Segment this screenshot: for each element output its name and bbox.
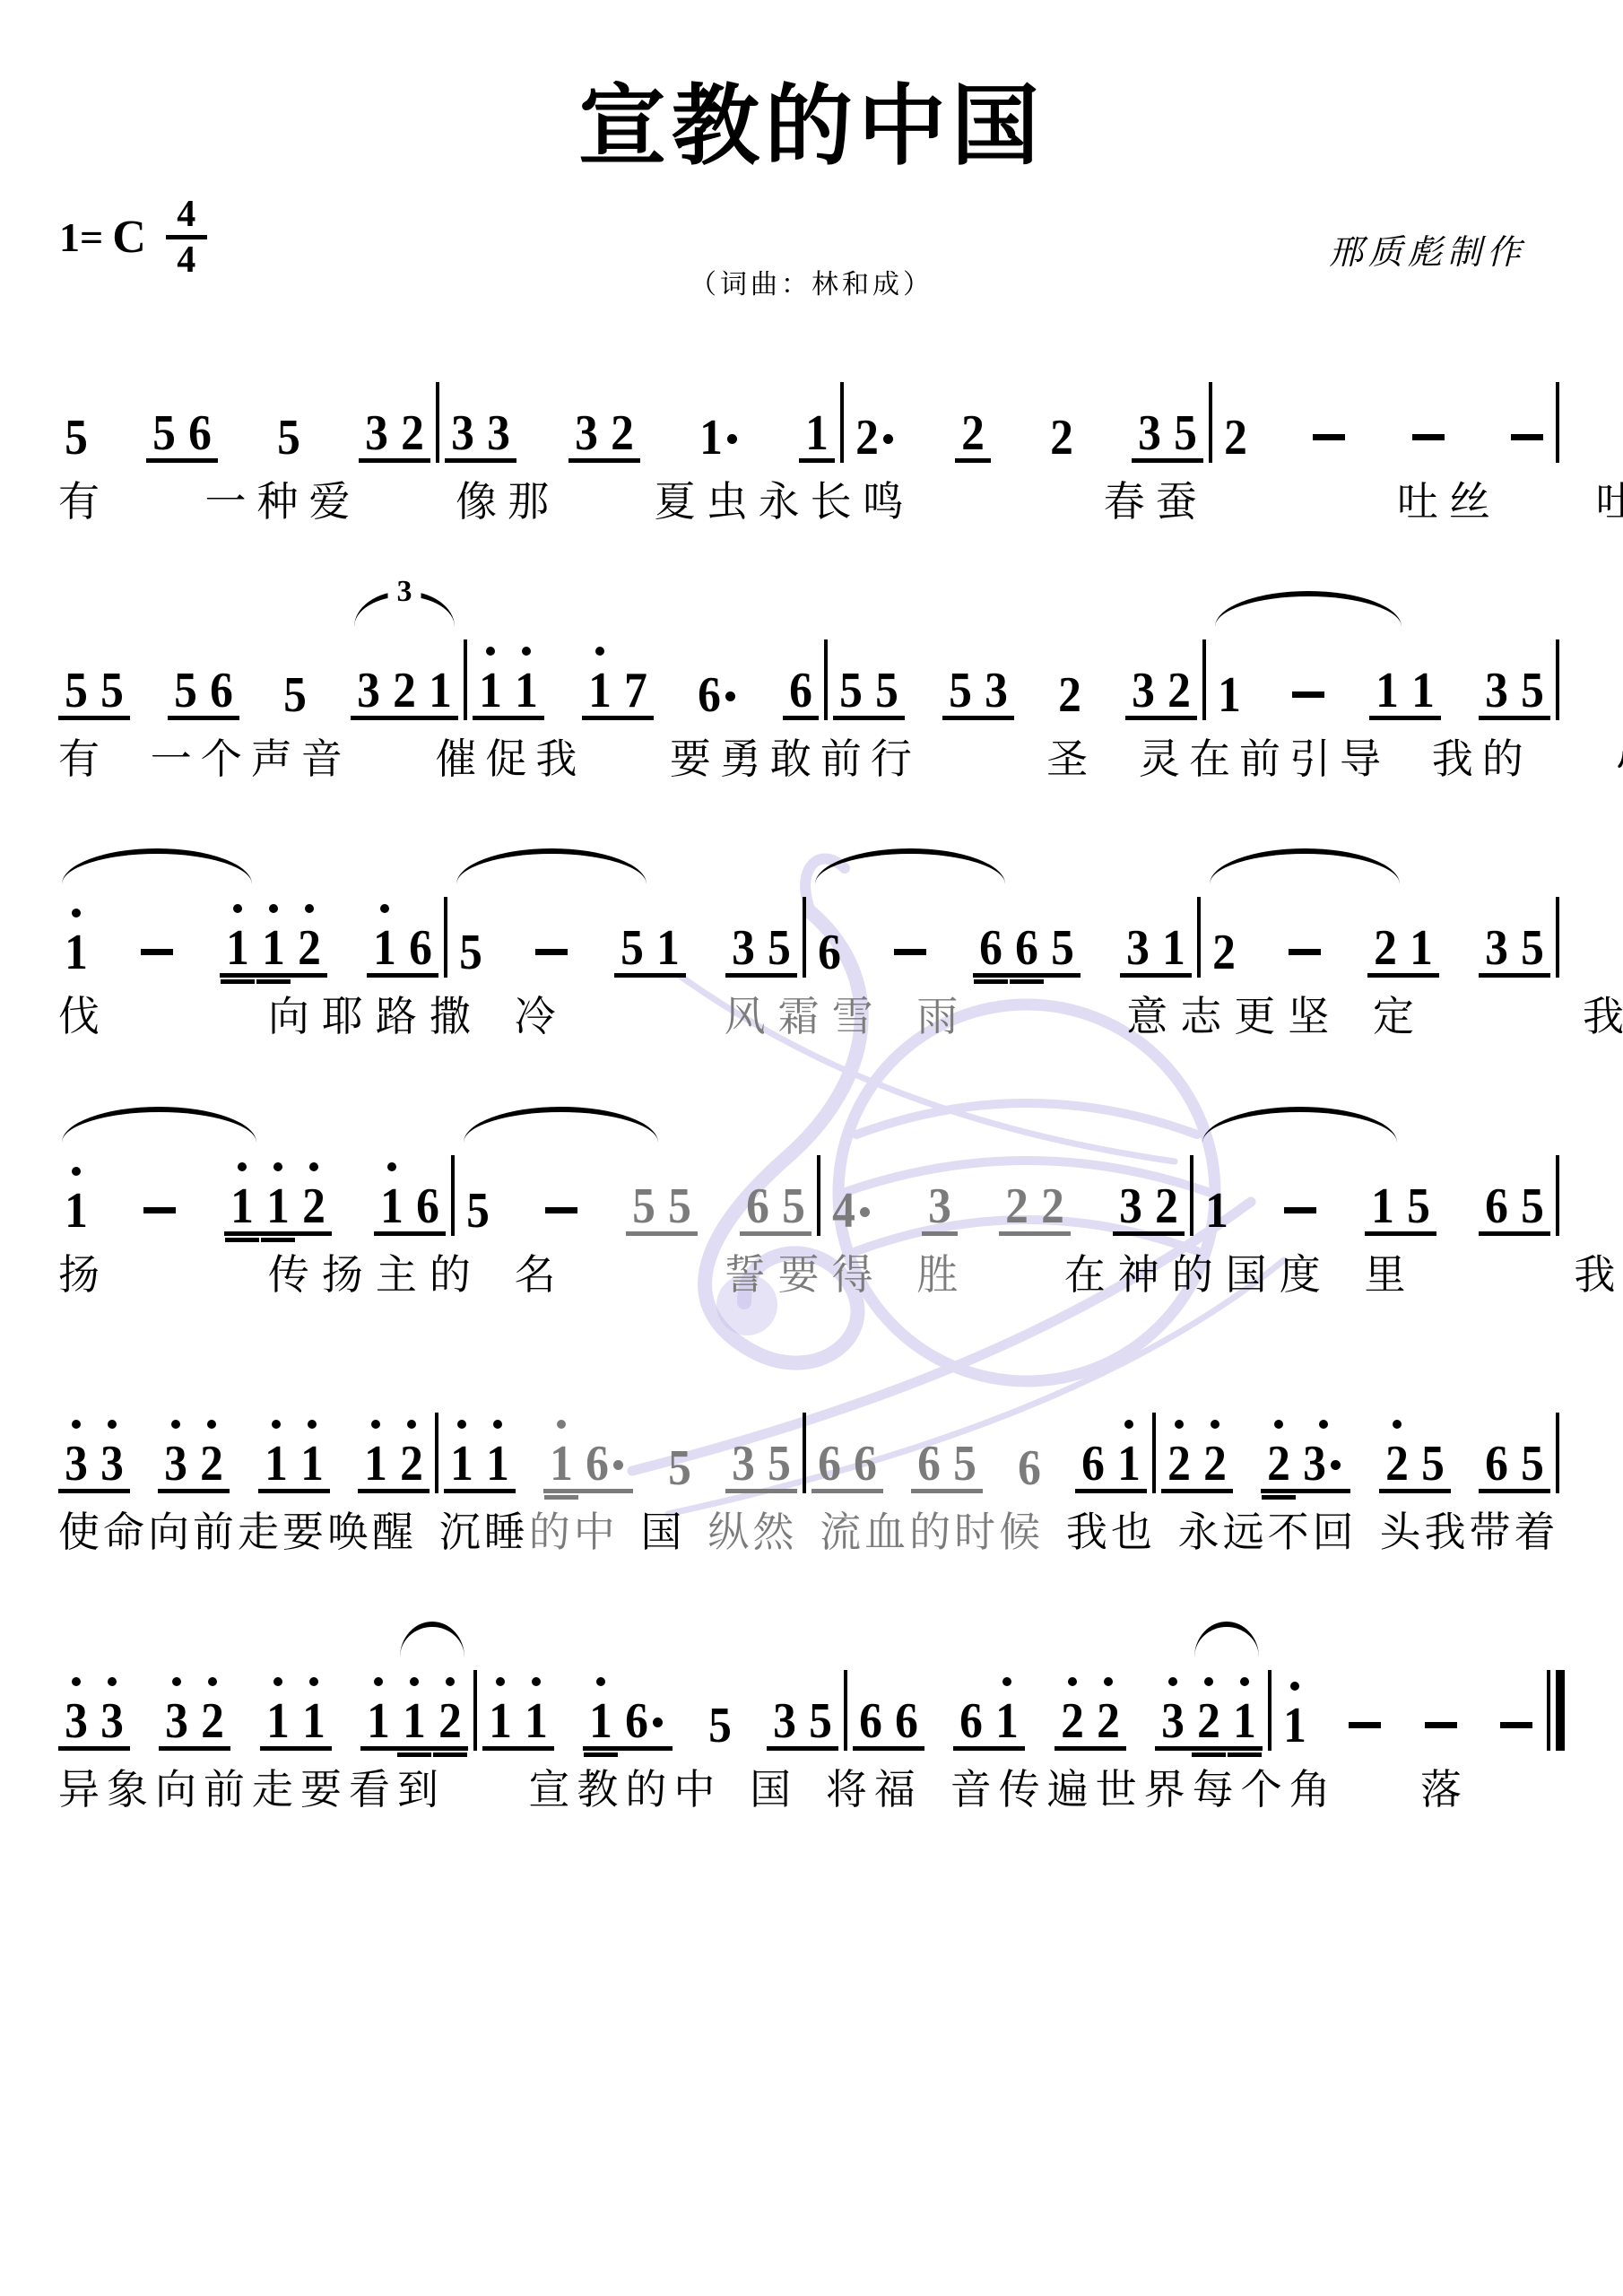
note: 5: [94, 664, 130, 720]
octave-dot: [595, 647, 604, 656]
note: 5: [1401, 1179, 1436, 1236]
barline: [1152, 1413, 1156, 1493]
lyric-segment: 伐 向耶路撒 冷: [58, 993, 725, 1039]
note-digit: 3: [1485, 665, 1508, 716]
note-digit: 5: [768, 1439, 791, 1489]
music-line: 33321111211165356661223211异象向前走要看到 宣教的中 …: [58, 1622, 1565, 1814]
note: 5: [453, 926, 489, 978]
octave-dot: [596, 1677, 605, 1686]
note-digit: 5: [1521, 1181, 1544, 1231]
note-digit: 1: [805, 408, 829, 458]
duration-dash: [535, 949, 568, 955]
note-digit: 5: [152, 408, 176, 458]
note-digit: 1: [588, 665, 612, 716]
note: 1: [367, 921, 403, 978]
note-digit: 1: [262, 923, 285, 973]
note: 3: [767, 1694, 803, 1751]
note-digit: 1: [515, 665, 538, 716]
octave-dot: [1068, 1677, 1077, 1686]
octave-dot: [1240, 1677, 1249, 1686]
note: 6: [1011, 1441, 1047, 1493]
tie-arc: [400, 1622, 464, 1657]
note-digit: 1: [65, 1186, 88, 1236]
duration-dash: [1349, 1722, 1381, 1728]
octave-dot: [371, 1420, 380, 1429]
note: 1: [1156, 921, 1192, 978]
note: 2: [395, 406, 430, 463]
key-tonic: C: [112, 211, 146, 264]
note: 2: [1055, 1694, 1090, 1751]
note-digit: 1: [429, 665, 452, 716]
note: 1: [1365, 1179, 1401, 1236]
note: 3: [94, 1437, 130, 1493]
note-digit: 1: [300, 1439, 324, 1489]
lyric-segment: 纵然 流血的时候: [707, 1509, 1044, 1555]
octave-dot: [72, 1167, 81, 1176]
note: 5: [1515, 664, 1550, 720]
music-line: 555653211117665553232111353有 一个声音 催促我 要勇…: [58, 591, 1565, 784]
note: 1: [396, 1694, 432, 1751]
note: 5: [271, 411, 307, 463]
note: 6: [1009, 921, 1045, 978]
note-digit: 1: [226, 923, 249, 973]
note-digit: 1: [1117, 1439, 1141, 1489]
second-beam: [261, 1238, 295, 1242]
note: 5: [168, 664, 204, 720]
note: 5: [833, 664, 869, 720]
barline: [435, 1413, 438, 1493]
note-digit: 3: [985, 665, 1008, 716]
triplet-number: 3: [388, 577, 421, 607]
note-digit: 6: [959, 1696, 983, 1746]
note-digit: 1: [1410, 923, 1433, 973]
barline: [1197, 897, 1201, 978]
barline: [451, 1155, 455, 1236]
note: 2: [1052, 668, 1088, 720]
note-digit: 5: [668, 1181, 691, 1231]
note-digit: 5: [782, 1181, 805, 1231]
note-digit: 6: [210, 665, 233, 716]
note-digit: 2: [961, 408, 985, 458]
second-beam: [221, 979, 255, 984]
note-digit: 6: [917, 1439, 941, 1489]
note: 5: [1515, 1179, 1550, 1236]
octave-dot: [557, 1420, 566, 1429]
tie-arc: [1202, 1107, 1397, 1143]
note-digit: 1: [550, 1439, 573, 1489]
key-label: 1=: [59, 213, 103, 261]
notes-row: 556532333211222352: [58, 334, 1565, 463]
note-digit: 2: [1224, 413, 1247, 463]
sheet-music-page: 宣教的中国 1= C 4 4 （词曲：林和成） 邢质彪制作 5565323332…: [0, 0, 1623, 2296]
note: 6: [619, 1694, 673, 1751]
note-digit: 3: [357, 665, 380, 716]
note-digit: 6: [818, 1439, 841, 1489]
note: 1: [582, 664, 618, 720]
duration-dash: [1284, 1207, 1316, 1213]
note: 1: [256, 921, 291, 978]
barline: [1556, 1413, 1559, 1493]
note: 6: [783, 664, 819, 720]
note: 6: [691, 668, 745, 720]
note-digit: 5: [809, 1696, 832, 1746]
barline: [803, 897, 806, 978]
octave-dot: [407, 1420, 416, 1429]
octave-dot: [1274, 1420, 1283, 1429]
note: 1: [989, 1694, 1025, 1751]
note: 1: [508, 664, 544, 720]
note-digit: 2: [298, 923, 321, 973]
octave-dot: [1002, 1677, 1011, 1686]
note: 5: [58, 411, 94, 463]
note: 2: [194, 1437, 230, 1493]
note: 6: [811, 1437, 847, 1493]
octave-dot: [207, 1420, 216, 1429]
tie-arc: [62, 1107, 256, 1143]
octave-dot: [172, 1677, 181, 1686]
second-beam: [433, 1752, 467, 1757]
augmentation-dot: [724, 413, 742, 463]
note: 6: [1075, 1437, 1111, 1493]
note: 5: [776, 1179, 811, 1236]
note: 1: [799, 406, 835, 463]
lyric-segment: 风霜雪 雨: [725, 993, 971, 1039]
note: 1: [258, 1437, 294, 1493]
note-digit: 3: [487, 408, 510, 458]
music-line: 333211121116535666566122232565使命向前走要唤醒 沉…: [58, 1364, 1565, 1557]
note-digit: 3: [575, 408, 598, 458]
tie-arc: [1215, 591, 1402, 627]
note: 5: [702, 1699, 738, 1751]
note: 5: [947, 1437, 983, 1493]
lyric-segment: 我也 永远不回 头我带着: [1044, 1509, 1558, 1555]
note-digit: 1: [1162, 923, 1185, 973]
note: 2: [1218, 411, 1254, 463]
note-digit: 2: [1155, 1181, 1178, 1231]
octave-dot: [1211, 1420, 1219, 1429]
octave-dot: [1319, 1420, 1328, 1429]
note: 4: [826, 1184, 880, 1236]
note-digit: 1: [403, 1696, 426, 1746]
second-beam: [1192, 1752, 1226, 1757]
note: 1: [260, 1694, 296, 1751]
note-digit: 3: [164, 1439, 187, 1489]
second-beam: [1228, 1752, 1262, 1757]
note: 2: [1197, 1437, 1233, 1493]
duration-dash: [1425, 1722, 1457, 1728]
note: 2: [999, 1179, 1035, 1236]
note-digit: 3: [100, 1696, 124, 1746]
note-digit: 5: [1521, 1439, 1544, 1489]
note: 6: [182, 406, 218, 463]
barline: [840, 382, 844, 463]
augmentation-dot: [880, 413, 898, 463]
note: 6: [853, 1694, 889, 1751]
octave-dot: [1290, 1682, 1299, 1691]
note-digit: 5: [621, 923, 644, 973]
lyric-segment: 异象向前走要看到 宣教的中 国 将福 音传遍世界每个角 落: [58, 1766, 1469, 1813]
lyric-segment: 使命向前走要唤醒 沉睡: [58, 1509, 529, 1555]
tie-arc: [1194, 1622, 1259, 1657]
note: 1: [58, 926, 94, 978]
octave-dot: [305, 904, 314, 913]
lyric-segment: 誓要得 胜: [725, 1251, 971, 1298]
note: 3: [1120, 921, 1156, 978]
note-digit: 6: [188, 408, 212, 458]
duration-dash: [1313, 434, 1345, 440]
lyric-segment: 意志更坚 定 我要传: [970, 993, 1623, 1039]
note: 1: [224, 1179, 260, 1236]
note: 2: [432, 1694, 468, 1751]
augmentation-dot: [610, 1439, 628, 1489]
note-digit: 5: [459, 927, 482, 978]
note-digit: 5: [949, 665, 972, 716]
barline: [817, 1155, 820, 1236]
note: 2: [1035, 1179, 1071, 1236]
octave-dot: [272, 1420, 281, 1429]
octave-dot: [238, 1162, 247, 1171]
augmentation-dot: [1327, 1439, 1345, 1489]
note: 5: [277, 668, 313, 720]
note: 5: [869, 664, 905, 720]
note: 3: [1479, 921, 1515, 978]
note-digit: 1: [266, 1696, 290, 1746]
note: 2: [1379, 1437, 1415, 1493]
notes-row: 333211121116535666566122232565: [58, 1364, 1565, 1493]
note: 6: [204, 664, 239, 720]
note-digit: 2: [400, 1439, 423, 1489]
note: 1: [583, 1694, 619, 1751]
note-digit: 5: [1408, 1181, 1431, 1231]
note-digit: 1: [1205, 1186, 1228, 1236]
notes-row: 33321111211165356661223211: [58, 1622, 1565, 1751]
note-digit: 5: [100, 665, 124, 716]
note: 3: [359, 406, 395, 463]
note: 3: [978, 664, 1014, 720]
note: 1: [1111, 1437, 1147, 1493]
octave-dot: [108, 1420, 117, 1429]
octave-dot: [1393, 1420, 1402, 1429]
note-digit: 1: [265, 1439, 288, 1489]
duration-dash: [1292, 691, 1324, 698]
note: 5: [146, 406, 182, 463]
note-digit: 1: [486, 1439, 509, 1489]
page-title: 宣教的中国: [0, 56, 1623, 182]
note: 3: [568, 406, 604, 463]
octave-dot: [1175, 1420, 1184, 1429]
note: 2: [195, 1694, 230, 1751]
tie-arc: [62, 848, 252, 884]
note: 2: [1161, 1437, 1197, 1493]
octave-dot: [309, 1162, 318, 1171]
note-digit: 2: [1050, 413, 1073, 463]
note: 6: [403, 921, 438, 978]
note: 2: [386, 664, 422, 720]
octave-dot: [171, 1420, 180, 1429]
notes-row: 1112165556543223211565: [58, 1107, 1565, 1236]
note: 1: [1405, 664, 1441, 720]
note: 2: [1149, 1179, 1185, 1236]
note-digit: 1: [1218, 670, 1241, 720]
tie-arc: [815, 848, 1005, 884]
octave-dot: [387, 1162, 396, 1171]
note-digit: 5: [708, 1700, 732, 1751]
octave-dot: [486, 647, 495, 656]
note: 3: [1132, 406, 1167, 463]
note-digit: 2: [1097, 1696, 1120, 1746]
second-beam: [1262, 1495, 1296, 1500]
tie-arc: [464, 1107, 658, 1143]
note-digit: 2: [302, 1181, 325, 1231]
lyrics-row: 异象向前走要看到 宣教的中 国 将福 音传遍世界每个角 落: [58, 1765, 1565, 1814]
note-digit: 1: [1376, 665, 1399, 716]
note-digit: 3: [65, 1696, 88, 1746]
note-digit: 6: [1015, 923, 1038, 973]
note: 1: [1277, 1699, 1313, 1751]
note-digit: 5: [668, 1443, 691, 1493]
music-line: 1112165556543223211565扬 传扬主的 名 誓要得 胜 在神的…: [58, 1107, 1565, 1300]
note-digit: 3: [1485, 923, 1508, 973]
lyric-segment: 的中: [529, 1509, 619, 1555]
second-beam: [225, 1238, 259, 1242]
note: 5: [942, 664, 978, 720]
note: 6: [1479, 1179, 1515, 1236]
octave-dot: [233, 904, 242, 913]
note-digit: 3: [1126, 923, 1150, 973]
music-line: 556532333211222352有 一种爱 像那 夏虫永长鸣 春蚕 吐丝 吐…: [58, 334, 1565, 526]
note-digit: 1: [380, 1181, 404, 1231]
note-digit: 1: [1411, 665, 1435, 716]
octave-dot: [1104, 1677, 1113, 1686]
note: 5: [614, 921, 650, 978]
note: 1: [294, 1437, 330, 1493]
notes-row: 1112165513566653122135: [58, 848, 1565, 978]
note-digit: 1: [1372, 1181, 1395, 1231]
note-digit: 6: [1485, 1181, 1508, 1231]
note-digit: 5: [65, 413, 88, 463]
note: 5: [803, 1694, 838, 1751]
note: 1: [1199, 1184, 1235, 1236]
octave-dot: [1168, 1677, 1177, 1686]
note: 6: [579, 1437, 633, 1493]
note: 1: [360, 1694, 396, 1751]
note: 2: [1367, 921, 1403, 978]
note: 2: [849, 411, 903, 463]
octave-dot: [380, 904, 389, 913]
note-digit: 6: [789, 665, 812, 716]
note-digit: 6: [1485, 1439, 1508, 1489]
lyrics-row: 有 一种爱 像那 夏虫永长鸣 春蚕 吐丝 吐不 尽: [58, 477, 1565, 526]
note: 3: [159, 1694, 195, 1751]
note-digit: 5: [768, 923, 791, 973]
note-digit: 3: [1138, 408, 1161, 458]
note-digit: 6: [586, 1439, 609, 1489]
note: 2: [394, 1437, 430, 1493]
note: 1: [1211, 668, 1247, 720]
note: 6: [953, 1694, 989, 1751]
barline: [1556, 1155, 1559, 1236]
note: 3: [1479, 664, 1515, 720]
note: 1: [1403, 921, 1439, 978]
note: 2: [604, 406, 640, 463]
note-digit: 2: [1058, 670, 1081, 720]
note: 5: [1515, 1437, 1550, 1493]
note-digit: 3: [100, 1439, 124, 1489]
note-digit: 1: [699, 413, 723, 463]
note-digit: 5: [1521, 923, 1544, 973]
note-digit: 1: [266, 1181, 290, 1231]
note-digit: 6: [854, 1439, 877, 1489]
note-digit: 5: [65, 665, 88, 716]
lyrics-row: 扬 传扬主的 名 誓要得 胜 在神的国度 里 我带着: [58, 1250, 1565, 1300]
note-digit: 5: [466, 1186, 490, 1236]
note-digit: 2: [438, 1696, 462, 1746]
note-digit: 6: [409, 923, 432, 973]
duration-dash: [141, 949, 173, 955]
note: 3: [1113, 1179, 1149, 1236]
note-digit: 3: [773, 1696, 796, 1746]
tie-arc: [1210, 848, 1400, 884]
note-digit: 1: [656, 923, 680, 973]
note-digit: 1: [525, 1696, 548, 1746]
note: 3: [1155, 1694, 1191, 1751]
tie-arc: [456, 848, 647, 884]
note-digit: 2: [1203, 1439, 1227, 1489]
note-digit: 6: [895, 1696, 918, 1746]
note-digit: 5: [1521, 665, 1544, 716]
note-digit: 3: [165, 1696, 188, 1746]
note: 1: [480, 1437, 516, 1493]
duration-dash: [1500, 1722, 1532, 1728]
note: 3: [445, 406, 481, 463]
barline: [1209, 382, 1212, 463]
note: 5: [58, 664, 94, 720]
note-digit: 1: [364, 1439, 387, 1489]
octave-dot: [108, 1677, 117, 1686]
note: 2: [1206, 926, 1242, 978]
note: 5: [662, 1179, 698, 1236]
note: 1: [650, 921, 686, 978]
note-digit: 2: [1167, 1439, 1191, 1489]
note: 1: [296, 1694, 332, 1751]
note-digit: 4: [832, 1186, 855, 1236]
note: 1: [1227, 1694, 1263, 1751]
note: 1: [543, 1437, 579, 1493]
note: 6: [1479, 1437, 1515, 1493]
octave-dot: [72, 1420, 81, 1429]
barline: [844, 1670, 847, 1751]
note-digit: 2: [855, 413, 879, 463]
note: 3: [725, 921, 761, 978]
note: 1: [220, 921, 256, 978]
second-beam: [544, 1495, 578, 1500]
note-digit: 3: [451, 408, 474, 458]
augmentation-dot: [856, 1186, 874, 1236]
final-barline: [1547, 1670, 1565, 1751]
barline: [436, 382, 439, 463]
duration-dash: [1289, 949, 1321, 955]
note-digit: 7: [624, 665, 647, 716]
barline: [1190, 1155, 1193, 1236]
lyrics-row: 有 一个声音 催促我 要勇敢前行 圣 灵在前引导 我的 心 迈开步: [58, 735, 1565, 784]
music-line: 1112165513566653122135伐 向耶路撒 冷 风霜雪 雨 意志更…: [58, 848, 1565, 1041]
note-digit: 2: [401, 408, 424, 458]
note-digit: 2: [1197, 1696, 1220, 1746]
octave-dot: [273, 1162, 282, 1171]
note-digit: 2: [200, 1439, 223, 1489]
note: 3: [58, 1694, 94, 1751]
duration-dash: [143, 1207, 176, 1213]
